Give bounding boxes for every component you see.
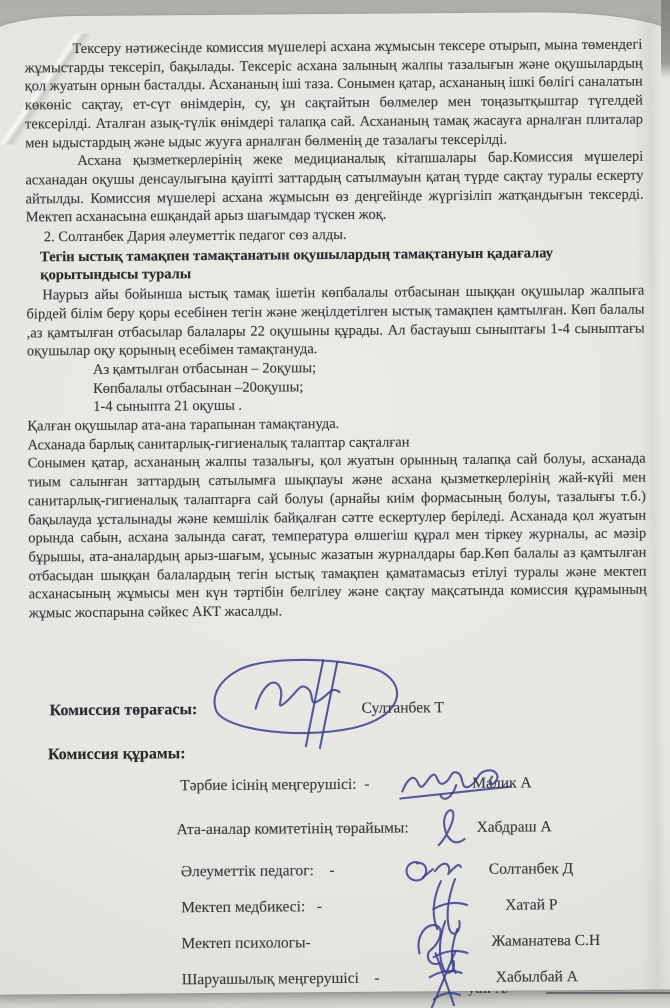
photo-right-edge-shadow [661,0,670,78]
member-name-khatai: Хатай Р [505,896,557,914]
paragraph-conclusion-act: Сонымен қатар, асхананың жалпы тазалығы,… [28,450,647,623]
signature-section: Комиссия төрағасы: Султанбек Т Комиссия … [0,11,670,16]
chairman-name: Султанбек Т [362,699,444,718]
paragraph-inspection-result: Тексеру нәтижесінде комиссия мүшелері ас… [24,36,643,153]
member-name-zhamanateva: Жаманатева С.Н [491,932,600,951]
member-name-malik: Малик А [472,774,532,792]
under-page-line [546,992,670,994]
member-role-social-pedagogue: Әлеуметтік педагог: - [181,862,335,881]
committee-label: Комиссия құрамы: [48,745,186,764]
member-role-facilities-manager: Шаруашылық меңгерушісі - [182,970,380,990]
photo-background: уан А/ Тексеру нәтижесінде комиссия мүше… [0,0,670,1008]
member-role-school-psychologist: Мектеп психологы- [181,934,310,953]
member-role-deputy-education: Тәрбие ісінің меңгерушісі: - [180,776,369,795]
signature-khabylbai-ink [419,947,467,1008]
member-role-parents-committee: Ата-аналар комитетінің төрайымы: [176,819,408,839]
chairman-label: Комиссия төрағасы: [50,701,198,720]
document-page: Тексеру нәтижесінде комиссия мүшелері ас… [0,11,670,994]
signature-khabdrash-ink [432,805,468,851]
member-role-school-nurse: Мектеп медбикесі: - [181,898,322,917]
member-name-khabylbai: Хабылбай А [496,968,578,987]
paragraph-medical-books: Асхана қызметкерлерінің жеке медицианалы… [25,148,644,228]
member-name-khabdrash: Хабдраш А [476,818,551,837]
paragraph-meal-coverage: Наурыз айы бойынша ыстық тамақ ішетін кө… [26,282,645,362]
member-name-soltanbek: Солтанбек Д [489,860,573,879]
document-body-text: Тексеру нәтижесінде комиссия мүшелері ас… [24,36,647,624]
section-heading-free-meals: Тегін ыстық тамақпен тамақтанатын оқушыл… [40,243,644,285]
